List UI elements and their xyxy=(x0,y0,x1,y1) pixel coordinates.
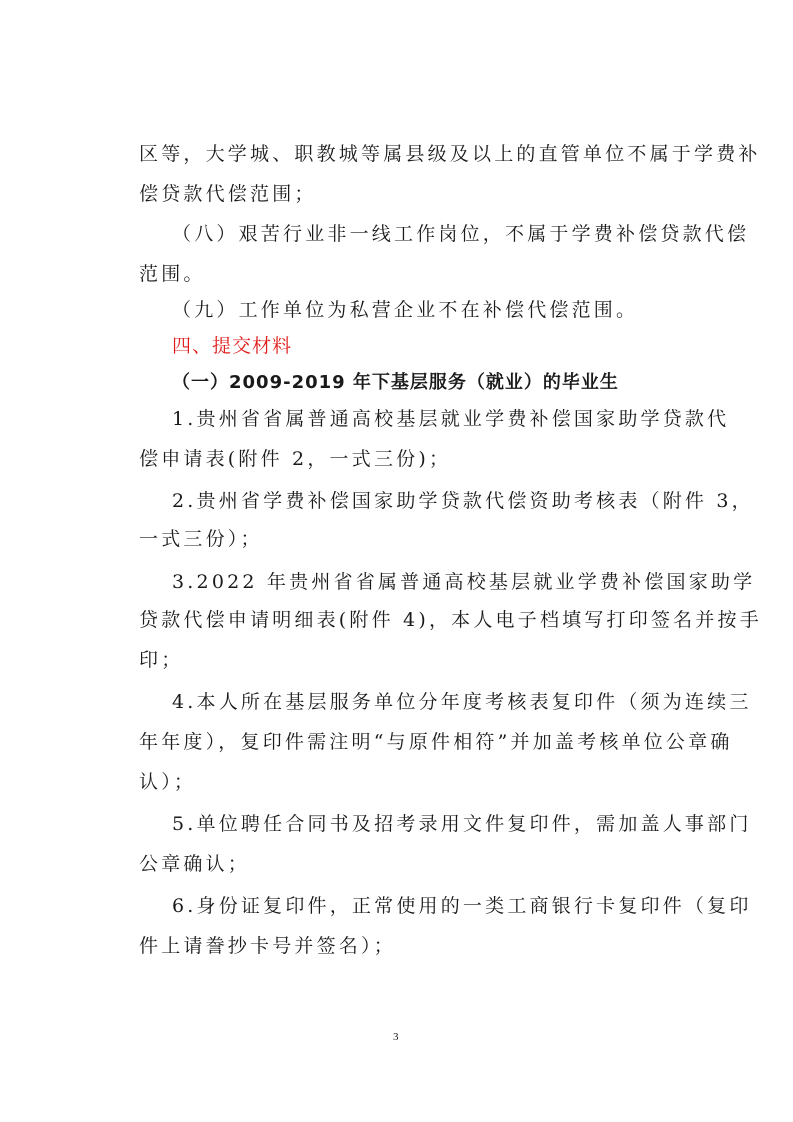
body-text-line: 范围。 xyxy=(139,262,206,286)
item-3-line-3: 印； xyxy=(139,648,183,672)
item-6-line-2: 件上请誊抄卡号并签名）； xyxy=(139,934,396,958)
item-4-line-1: 4.本人所在基层服务单位分年度考核表复印件（须为连续三 xyxy=(172,690,752,714)
clause-nine: （九）工作单位为私营企业不在补偿代偿范围。 xyxy=(172,298,638,322)
item-2-line-1: 2.贵州省学费补偿国家助学贷款代偿资助考核表（附件 3， xyxy=(172,489,754,513)
item-4-line-2: 年年度），复印件需注明“与原件相符”并加盖考核单位公章确 xyxy=(139,730,733,754)
item-4-line-3: 认）； xyxy=(139,770,196,794)
item-6-line-1: 6.身份证复印件，正常使用的一类工商银行卡复印件（复印 xyxy=(172,894,752,918)
item-3-line-1: 3.2022 年贵州省省属普通高校基层就业学费补偿国家助学 xyxy=(172,570,755,594)
item-1-line-1: 1.贵州省省属普通高校基层就业学费补偿国家助学贷款代 xyxy=(172,407,729,431)
item-2-line-2: 一式三份）； xyxy=(139,527,263,551)
clause-eight: （八）艰苦行业非一线工作岗位，不属于学费补偿贷款代偿 xyxy=(172,222,749,246)
item-1-line-2: 偿申请表(附件 2，一式三份)； xyxy=(139,447,451,471)
body-text-line: 偿贷款代偿范围； xyxy=(139,182,317,206)
item-3-line-2: 贷款代偿申请明细表(附件 4)，本人电子档填写打印签名并按手 xyxy=(139,608,762,632)
body-text-line: 区等，大学城、职教城等属县级及以上的直管单位不属于学费补 xyxy=(139,142,761,166)
page-number: 3 xyxy=(393,1031,399,1043)
item-5-line-1: 5.单位聘任合同书及招考录用文件复印件，需加盖人事部门 xyxy=(172,812,752,836)
item-5-line-2: 公章确认； xyxy=(139,852,250,876)
section-heading: 四、提交材料 xyxy=(172,334,292,358)
subsection-heading: （一）2009-2019 年下基层服务（就业）的毕业生 xyxy=(172,371,619,395)
